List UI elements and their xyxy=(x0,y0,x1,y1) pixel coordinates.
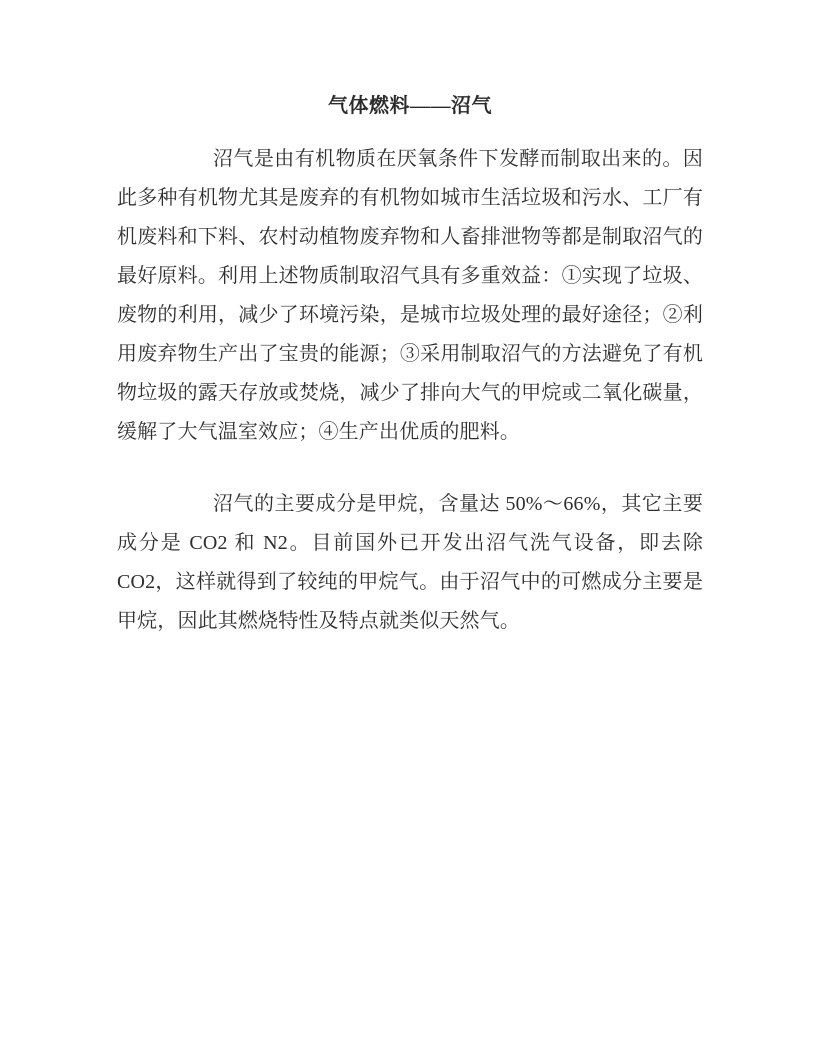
paragraph-biogas-composition: 沼气的主要成分是甲烷，含量达 50%～66%，其它主要成分是 CO2 和 N2。… xyxy=(117,485,703,641)
document-page: 气体燃料——沼气 沼气是由有机物质在厌氧条件下发酵而制取出来的。因此多种有机物尤… xyxy=(0,0,816,1056)
document-title: 气体燃料——沼气 xyxy=(117,93,703,120)
paragraph-biogas-production: 沼气是由有机物质在厌氧条件下发酵而制取出来的。因此多种有机物尤其是废弃的有机物如… xyxy=(117,140,703,452)
